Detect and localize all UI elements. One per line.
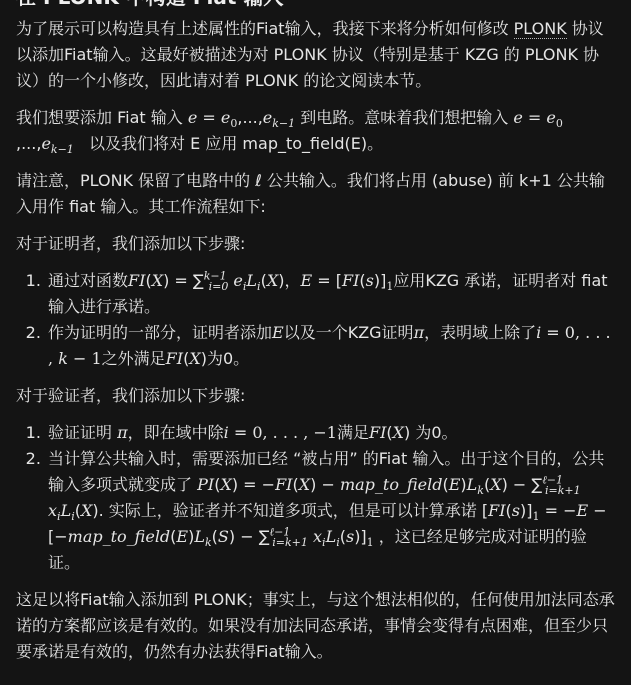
article-body: 在 PLONK 中构造 Fiat 输入 为了展示可以构造具有上述属性的Fiat输…	[0, 0, 631, 665]
section-heading: 在 PLONK 中构造 Fiat 输入	[16, 0, 617, 12]
conclusion-paragraph: 这足以将Fiat输入添加到 PLONK；事实上，与这个想法相似的，任何使用加法同…	[16, 587, 617, 665]
verifier-step-2: 当计算公共输入时，需要添加已经 “被占用” 的Fiat 输入。出于这个目的，公共…	[46, 446, 617, 576]
prover-step-1: 通过对函数FI(X) = ∑k−1i=0 eiLi(X)，E = [FI(s)]…	[46, 268, 617, 320]
verifier-steps: 验证证明 π，即在域中除i = 0, . . . , −1满足FI(X) 为0。…	[16, 420, 617, 576]
verifier-heading: 对于验证者，我们添加以下步骤:	[16, 383, 617, 409]
prover-step-2: 作为证明的一部分，证明者添加E以及一个KZG证明π，表明域上除了i = 0, .…	[46, 320, 617, 372]
prover-steps: 通过对函数FI(X) = ∑k−1i=0 eiLi(X)，E = [FI(s)]…	[16, 268, 617, 372]
public-input-paragraph: 请注意，PLONK 保留了电路中的 ℓ 公共输入。我们将占用 (abuse) 前…	[16, 168, 617, 220]
verifier-step-1: 验证证明 π，即在域中除i = 0, . . . , −1满足FI(X) 为0。	[46, 420, 617, 446]
prover-heading: 对于证明者，我们添加以下步骤:	[16, 231, 617, 257]
plonk-link[interactable]: PLONK	[514, 19, 567, 39]
fiat-input-paragraph: 我们想要添加 Fiat 输入 e = e0,...,ek−1 到电路。意味着我们…	[16, 105, 617, 157]
intro-paragraph: 为了展示可以构造具有上述属性的Fiat输入，我接下来将分析如何修改 PLONK …	[16, 16, 617, 94]
